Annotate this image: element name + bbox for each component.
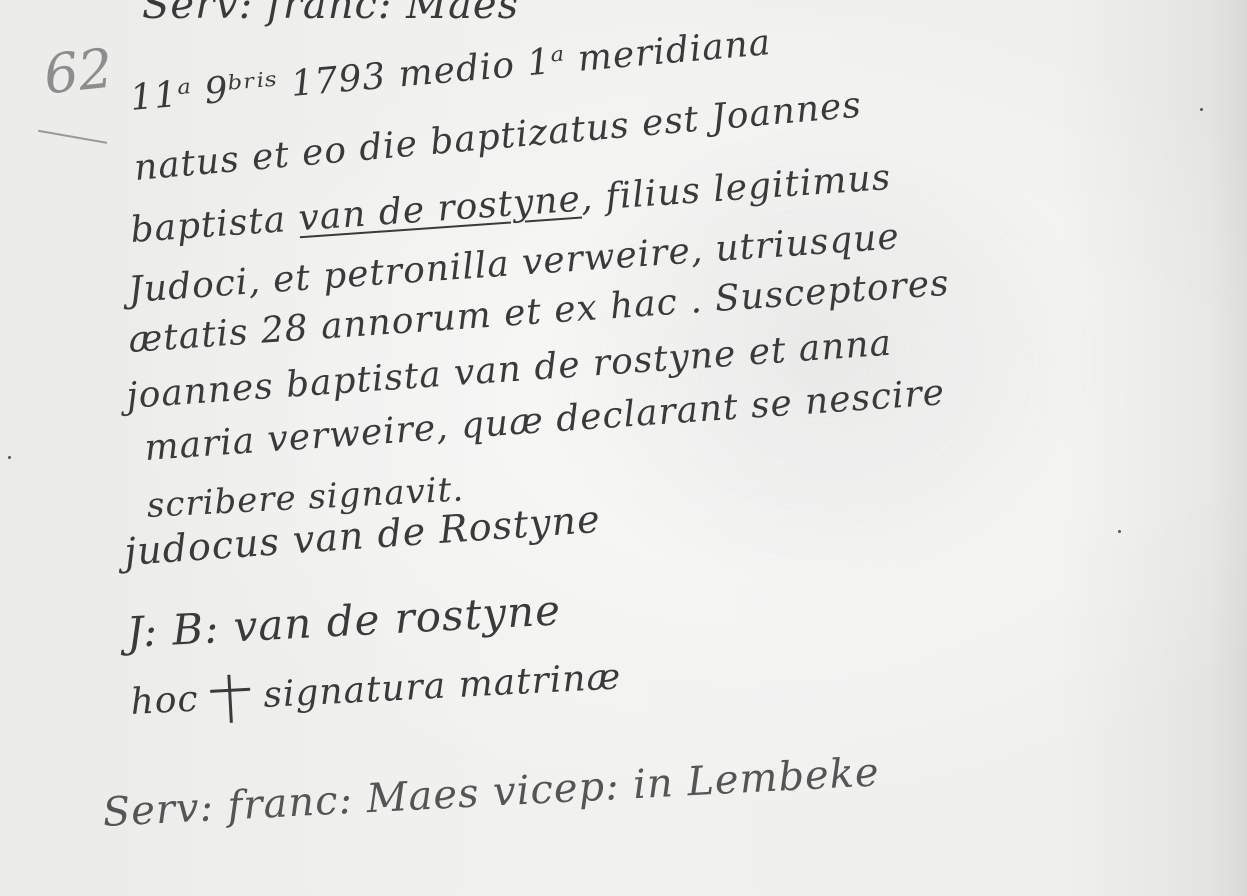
godmother-mark-prefix: hoc [130, 679, 200, 724]
ink-speck [8, 456, 11, 459]
previous-entry-fragment: Serv: franc: Maes [142, 0, 519, 28]
cross-mark-icon [210, 674, 252, 724]
margin-entry-number: 62 [41, 37, 116, 107]
ink-speck [1118, 530, 1121, 533]
ink-speck [1200, 108, 1203, 111]
